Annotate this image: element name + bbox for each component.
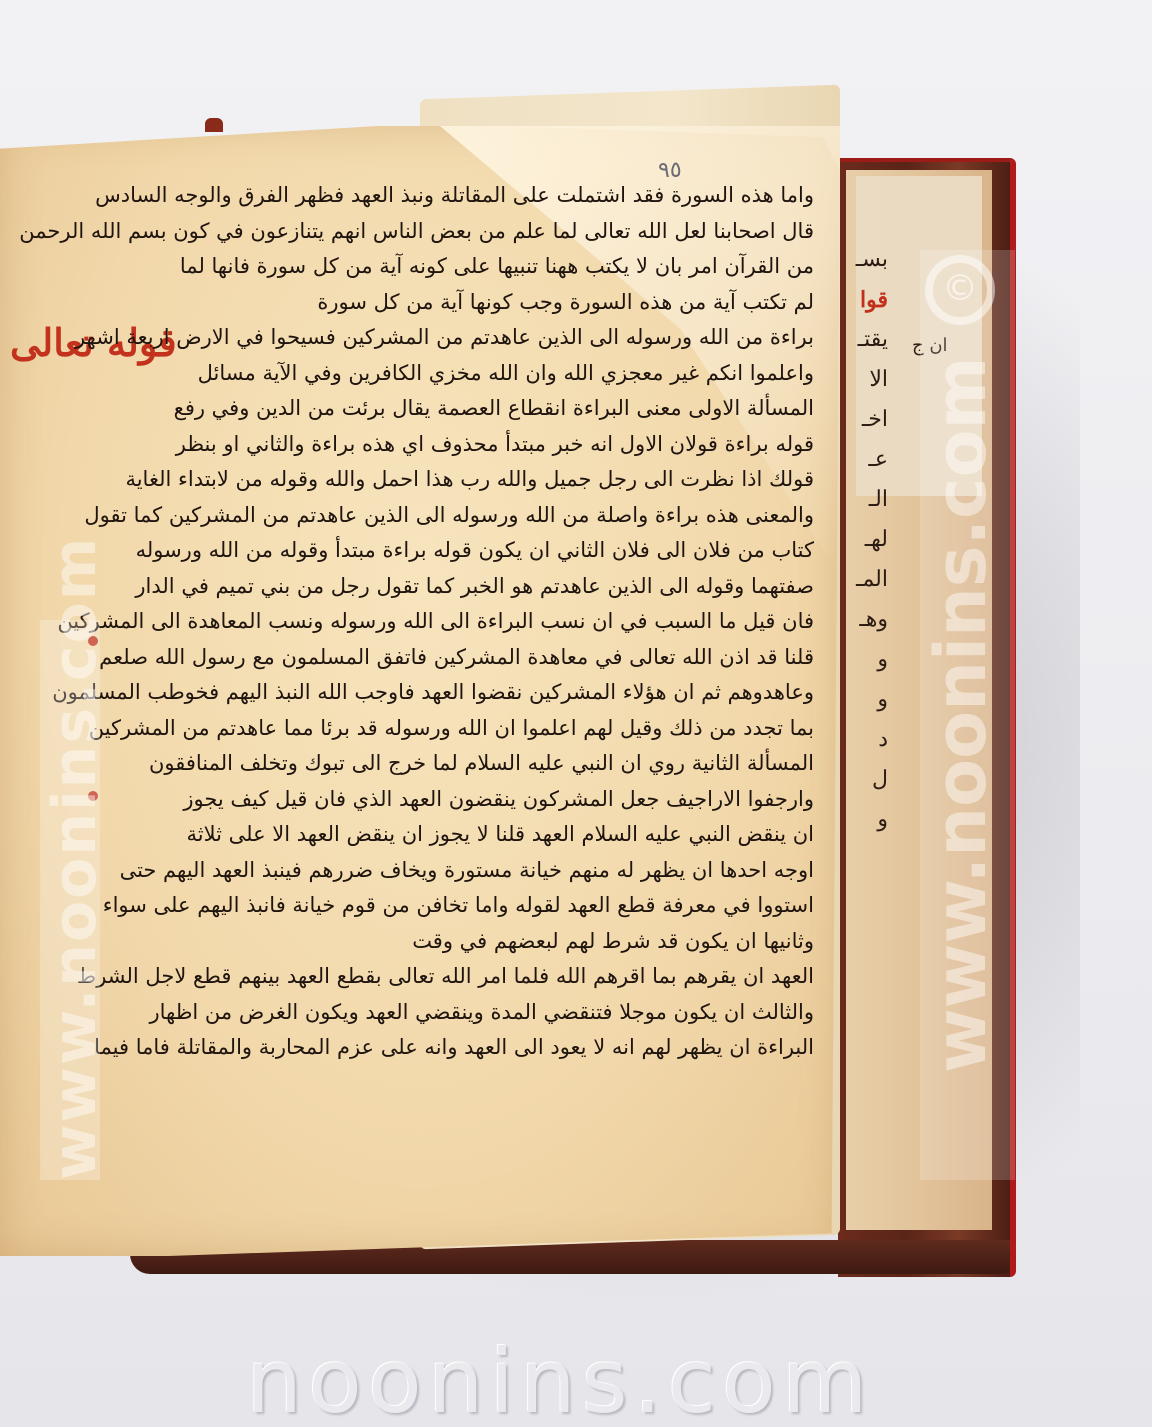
- next-page-text: بسـ قوا يقتـ الا اخـ عـ الـ لهـ المـ وهـ…: [848, 240, 888, 840]
- fragment: لهـ: [848, 520, 888, 560]
- manuscript-text: واما هذه السورة فقد اشتملت على المقاتلة …: [14, 178, 814, 1066]
- fragment: اخـ: [848, 400, 888, 440]
- text-line: المسألة الاولى معنى البراءة انقطاع العصم…: [14, 391, 814, 427]
- fragment-rubric: قوا: [848, 280, 888, 320]
- text-line: والثالث ان يكون موجلا فتنقضي المدة وينقض…: [14, 995, 814, 1031]
- fragment: يقتـ: [848, 320, 888, 360]
- text-line: من القرآن امر بان لا يكتب ههنا تنبيها عل…: [14, 249, 814, 285]
- text-line: المسألة الثانية روي ان النبي عليه السلام…: [14, 746, 814, 782]
- text-line: قوله براءة قولان الاول انه خبر مبتدأ محذ…: [14, 427, 814, 463]
- fragment: الـ: [848, 480, 888, 520]
- text-line: وعاهدوهم ثم ان هؤلاء المشركين نقضوا العه…: [14, 675, 814, 711]
- fragment: ل: [848, 760, 888, 800]
- text-line: العهد ان يقرهم بما اقرهم الله فلما امر ا…: [14, 959, 814, 995]
- fragment: عـ: [848, 440, 888, 480]
- fragment: و: [848, 640, 888, 680]
- fragment: د: [848, 720, 888, 760]
- text-line: البراءة ان يظهر لهم انه لا يعود الى العه…: [14, 1030, 814, 1066]
- text-line: ان ينقض النبي عليه السلام العهد قلنا لا …: [14, 817, 814, 853]
- text-line: لم تكتب آية من هذه السورة وجب كونها آية …: [14, 285, 814, 321]
- text-line: وارجفوا الاراجيف جعل المشركون ينقضون الع…: [14, 782, 814, 818]
- text-line: واعلموا انكم غير معجزي الله وان الله مخز…: [14, 356, 814, 392]
- fragment: وهـ: [848, 600, 888, 640]
- fragment: و: [848, 800, 888, 840]
- text-line: قلنا قد اذن الله تعالى في معاهدة المشركي…: [14, 640, 814, 676]
- fragment: المـ: [848, 560, 888, 600]
- fragment: الا: [848, 360, 888, 400]
- text-line: صفتهما وقوله الى الذين عاهدتم هو الخبر ك…: [14, 569, 814, 605]
- text-line: قال اصحابنا لعل الله تعالى لما علم من بع…: [14, 214, 814, 250]
- watermark-bottom: noonins.com: [210, 1330, 910, 1427]
- fragment: و: [848, 680, 888, 720]
- bookmark-tab: [205, 118, 223, 132]
- fragment: بسـ: [848, 240, 888, 280]
- text-line: اوجه احدها ان يظهر له منهم خيانة مستورة …: [14, 853, 814, 889]
- copyright-icon: ©: [925, 255, 995, 325]
- text-line: فان قيل ما السبب في ان نسب البراءة الى ا…: [14, 604, 814, 640]
- text-line: والمعنى هذه براءة واصلة من الله ورسوله ا…: [14, 498, 814, 534]
- text-line: واما هذه السورة فقد اشتملت على المقاتلة …: [14, 178, 814, 214]
- text-line: كتاب من فلان الى فلان الثاني ان يكون قول…: [14, 533, 814, 569]
- text-line: وثانيها ان يكون قد شرط لهم لبعضهم في وقت: [14, 924, 814, 960]
- text-line: استووا في معرفة قطع العهد لقوله واما تخا…: [14, 888, 814, 924]
- text-line: بما تجدد من ذلك وقيل لهم اعلموا ان الله …: [14, 711, 814, 747]
- watermark-left: www.noonins.com: [40, 620, 100, 1180]
- text-line: قولك اذا نظرت الى رجل جميل والله رب هذا …: [14, 462, 814, 498]
- text-line: براءة من الله ورسوله الى الذين عاهدتم من…: [14, 320, 814, 356]
- watermark-right: www.noonins.com: [920, 250, 1015, 1180]
